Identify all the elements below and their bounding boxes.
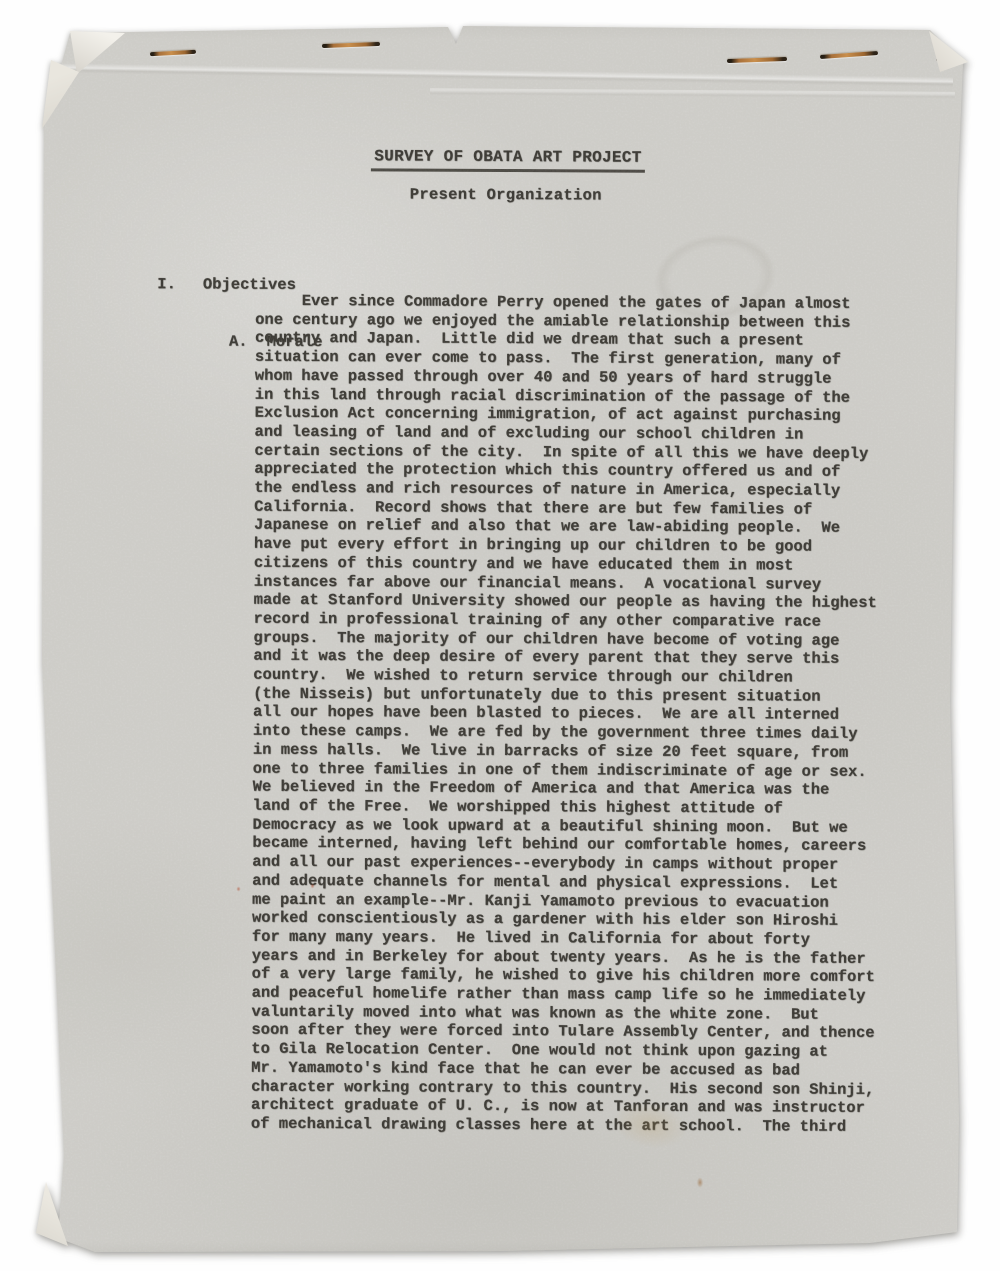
section-number: I. (157, 276, 176, 294)
scanned-document-page: SURVEY OF OBATA ART PROJECT Present Orga… (0, 0, 1000, 1271)
paper-sheet-wrap: SURVEY OF OBATA ART PROJECT Present Orga… (0, 0, 1000, 1271)
document-title: SURVEY OF OBATA ART PROJECT (0, 145, 1000, 174)
paper-sheet: SURVEY OF OBATA ART PROJECT Present Orga… (0, 0, 1000, 1271)
body-paragraph: Ever since Commadore Perry opened the ga… (251, 292, 879, 1137)
document-title-text: SURVEY OF OBATA ART PROJECT (371, 147, 644, 172)
subsection-letter: A. (229, 332, 248, 350)
document-subtitle: Present Organization (0, 183, 1000, 207)
document-subtitle-text: Present Organization (410, 186, 602, 206)
typewritten-text-layer: SURVEY OF OBATA ART PROJECT Present Orga… (0, 0, 1000, 1271)
